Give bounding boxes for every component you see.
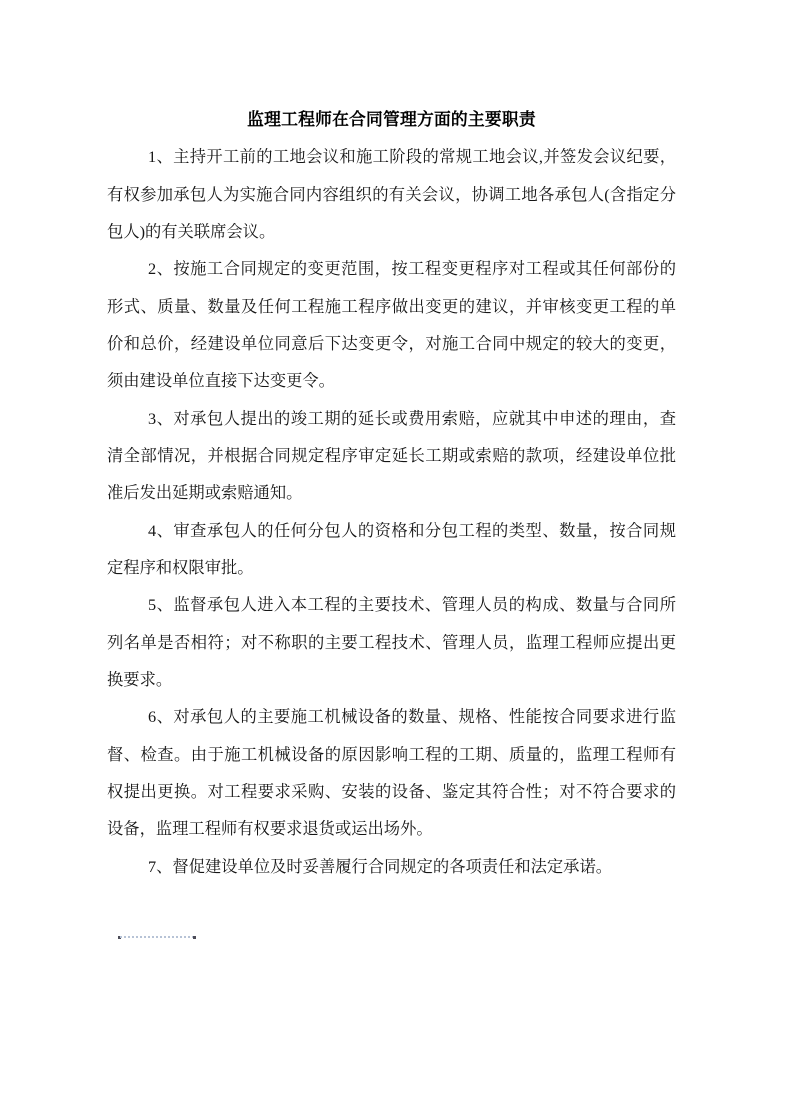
- document-body: 监理工程师在合同管理方面的主要职责 1、主持开工前的工地会议和施工阶段的常规工地…: [107, 101, 676, 885]
- paragraph-3: 3、对承包人提出的竣工期的延长或费用索赔，应就其中申述的理由，查清全部情况，并根…: [107, 400, 676, 512]
- paragraph-7: 7、督促建设单位及时妥善履行合同规定的各项责任和法定承诺。: [107, 848, 676, 885]
- paragraph-4: 4、审查承包人的任何分包人的资格和分包工程的类型、数量，按合同规定程序和权限审批…: [107, 512, 676, 587]
- paragraph-6: 6、对承包人的主要施工机械设备的数量、规格、性能按合同要求进行监督、检查。由于施…: [107, 698, 676, 847]
- paragraph-2: 2、按施工合同规定的变更范围，按工程变更程序对工程或其任何部份的形式、质量、数量…: [107, 250, 676, 399]
- paragraph-1: 1、主持开工前的工地会议和施工阶段的常规工地会议,并签发会议纪要，有权参加承包人…: [107, 138, 676, 250]
- document-page: 监理工程师在合同管理方面的主要职责 1、主持开工前的工地会议和施工阶段的常规工地…: [0, 0, 792, 1120]
- dotted-rule: [120, 936, 194, 938]
- footnote-separator-line: [118, 936, 196, 939]
- paragraph-5: 5、监督承包人进入本工程的主要技术、管理人员的构成、数量与合同所列名单是否相符；…: [107, 586, 676, 698]
- document-title: 监理工程师在合同管理方面的主要职责: [107, 101, 676, 138]
